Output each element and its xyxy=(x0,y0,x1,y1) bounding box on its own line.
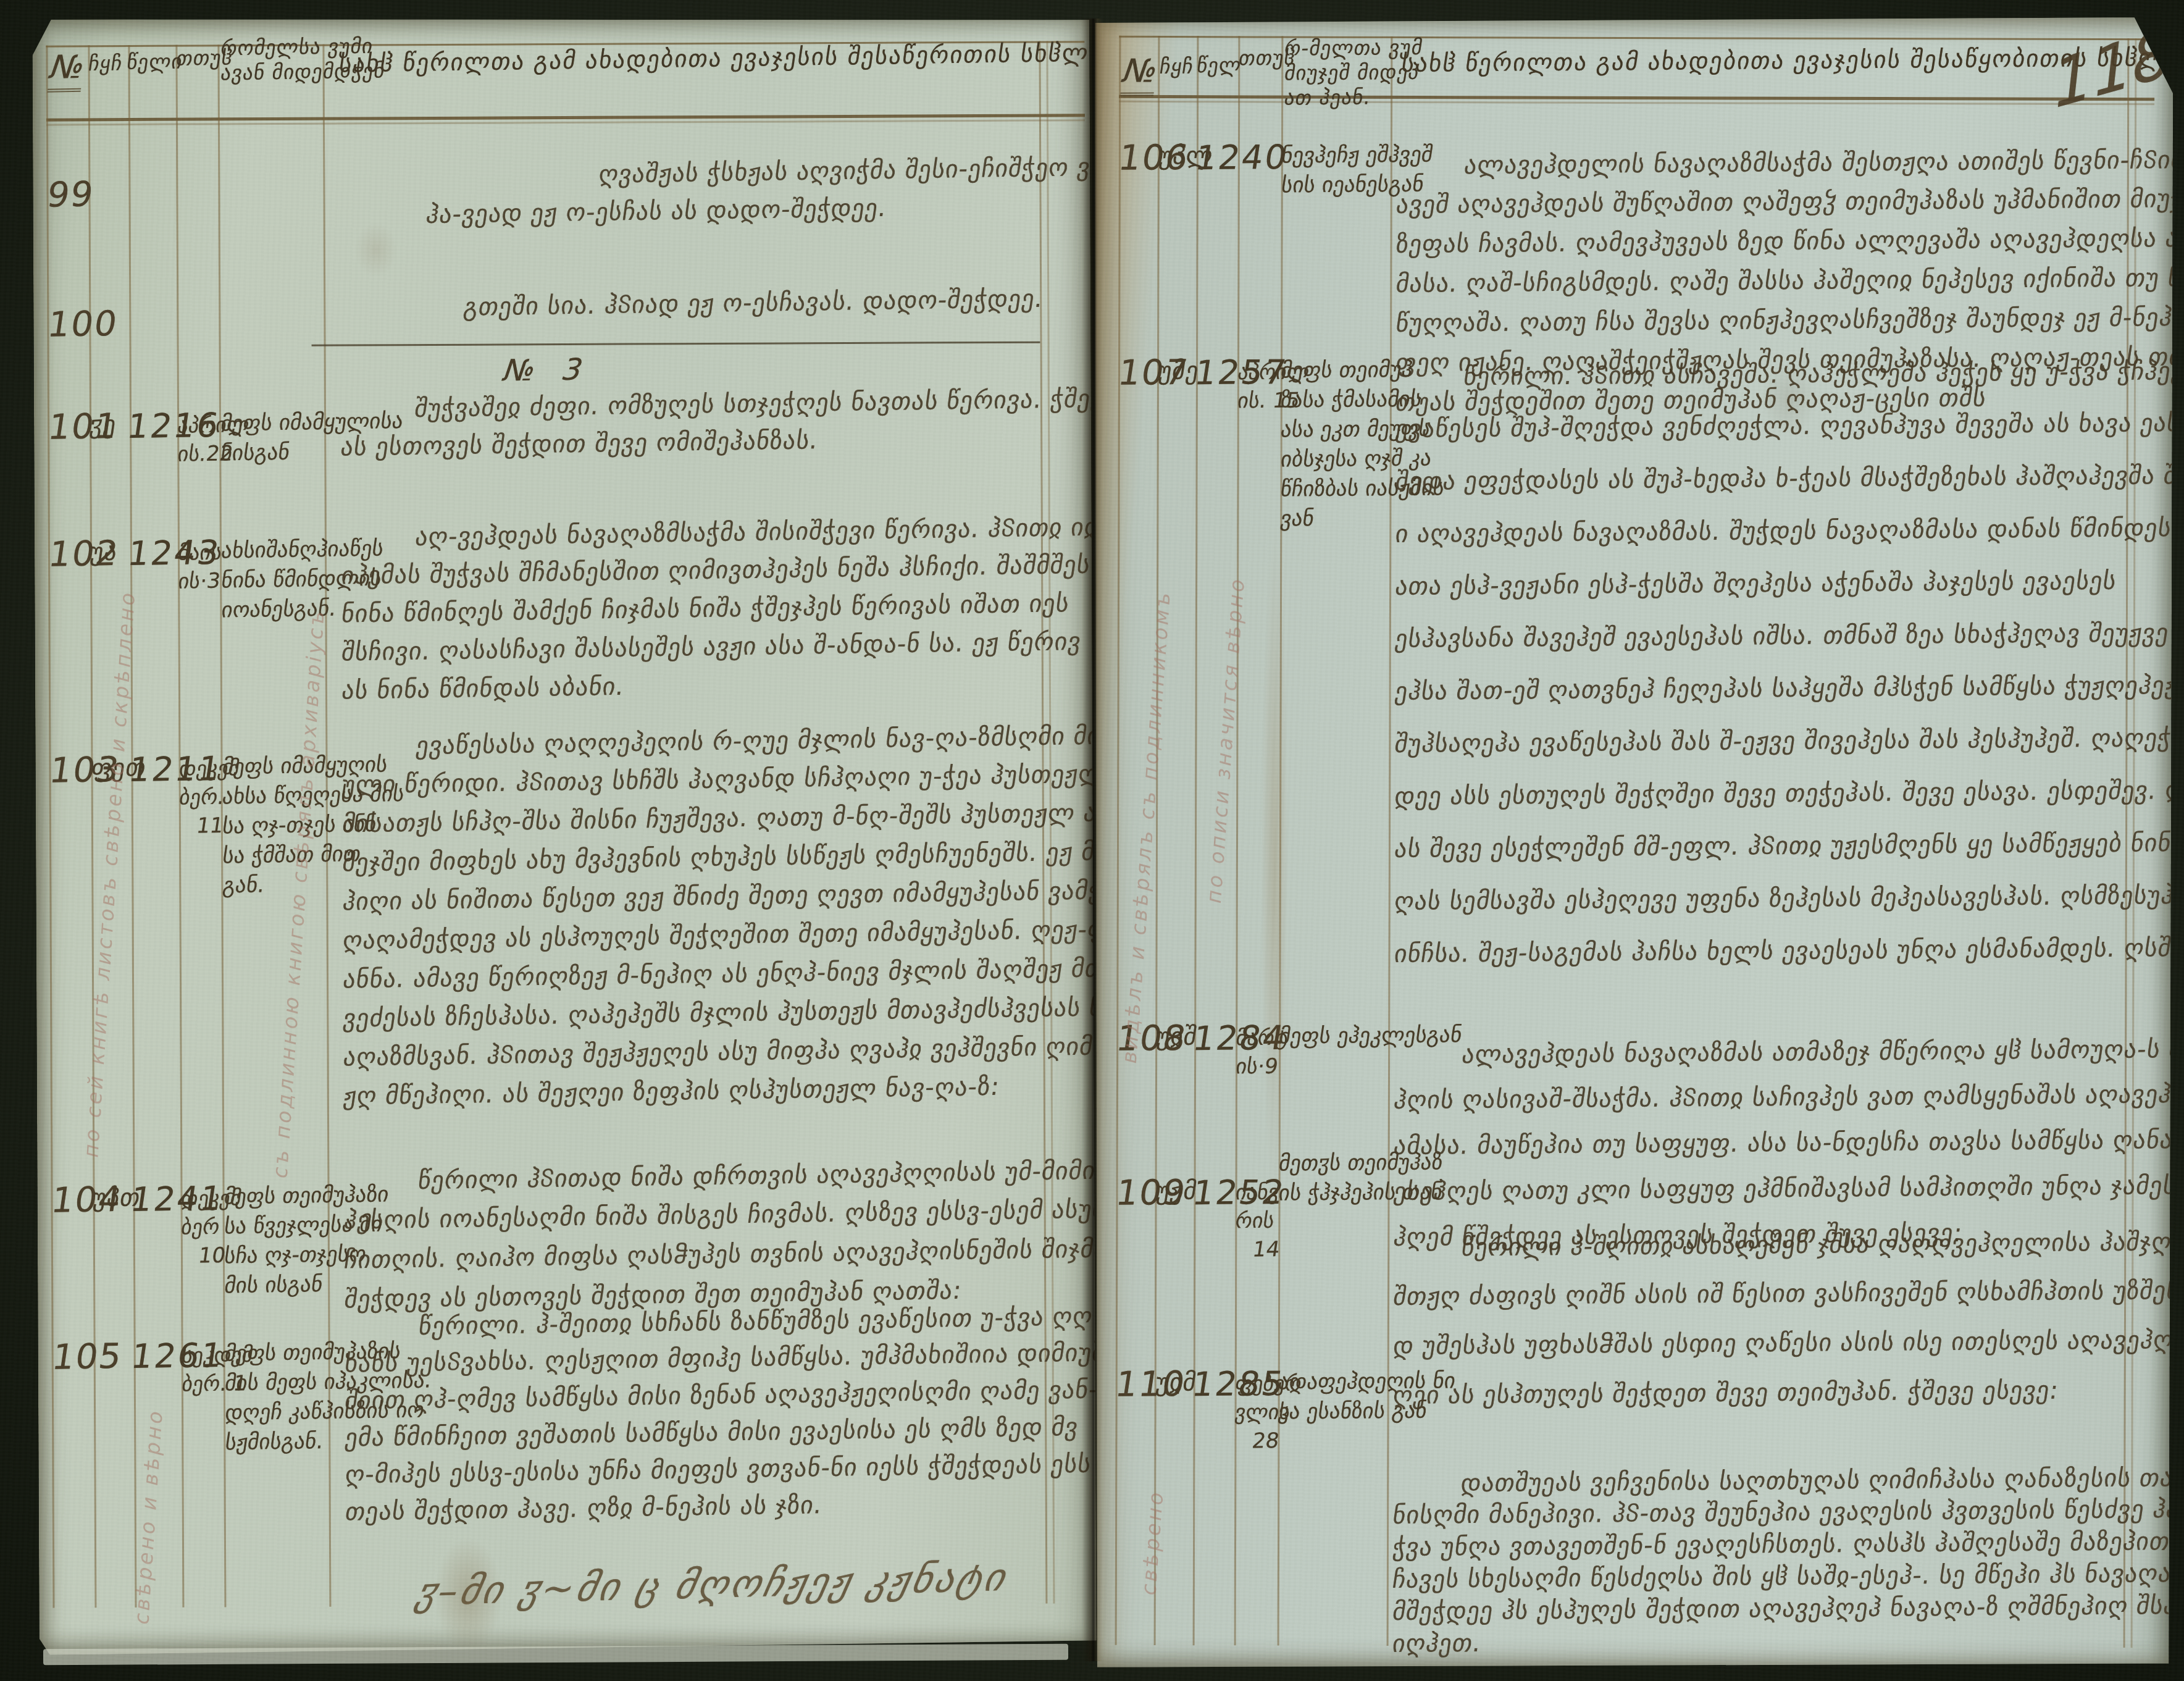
entry-description-line: ჰიღი ას ნიშითა წესეთ ვეჟ შნიძე შეთე ღევთ… xyxy=(341,876,1097,916)
entry-description-line: ღას სემსავშა ესჰეღევე უფენა ზეჰესას მეჰე… xyxy=(1392,881,2174,916)
section-divider-label: № 3 xyxy=(502,353,585,388)
entry-recipient-line: ნისგან xyxy=(219,438,291,469)
entry-description-line: წუღღაშა. ღათუ ჩსა შევსა ღინჟჰევღასჩვეშზე… xyxy=(1394,303,2173,338)
entry-month-line: 14 xyxy=(1250,1235,1281,1264)
entry-description-line: ღ-მიჰეს ესსვ-ესისა უნჩა მიეფეს ვთვან-ნი … xyxy=(343,1450,1094,1490)
entry-description-line: ღაღამეჭდევ ას ესჰოუღეს შეჭღეშით შეთე იმა… xyxy=(341,915,1097,955)
entry-recipient-line: მეფს თეიმუჰ xyxy=(1279,355,1415,386)
entry-month-line: რის xyxy=(1234,1207,1276,1235)
entry-description-line: შსჩივი. ღასასჩავი შასასეშეს ავჟი ასა შ-ა… xyxy=(340,627,1083,667)
entry-description-line: გთეში სია. ჰჽიად ეჟ ო-ესჩავას. დადო-შეჭდ… xyxy=(462,285,1045,322)
entry-description-line: ჩითღის. ღაიჰო მიფსა ღასჵუჰეს თვნის აღავე… xyxy=(342,1234,1096,1275)
entry-description-line: ას ნინა წმინდას აბანი. xyxy=(340,673,626,705)
entry-description-line: ჰესღის იოანესაღმი ნიშა შისგეს ჩივმას. ღს… xyxy=(342,1194,1097,1235)
entry-description-line: ღვაშჟას ჭსხჟას აღვიჭმა შესი-ეჩიშჭეო ვეჭო… xyxy=(597,150,1097,189)
header-code-label: ჩყჩ xyxy=(1158,54,1195,78)
entry-description-line: მასა. ღაშ-სჩიგსმდეს. ღაშე შასსა ჰაშეღიჲ … xyxy=(1394,263,2174,298)
header-rule-shadow xyxy=(1119,101,2154,105)
entry-month-line: ბერ xyxy=(179,1213,222,1242)
entry-description-line: შუჰსაღეჰა ევაწესეჰას შას შ-ეჟვე შივეჰესა… xyxy=(1393,724,2174,758)
clerk-flourish-signature: ჳ–მი ჳ~მი ც მღოჩჟეჟ კჟნატი xyxy=(412,1554,1012,1614)
entry-description-line: წერილი. ჰჽითჲ ასჩავეშა. ღაჰეჭლეშა ჰეჭეს … xyxy=(1462,357,2173,391)
entry-description-line: დ უშესჰას უფხასჵშას ესჶიე ღაწესი ასის ის… xyxy=(1391,1325,2174,1360)
header-no-label: № xyxy=(1120,52,1160,96)
entry-description-line: იჰემას შუჭვას შჩმანესშით ღიმივთჰეჰეს ნეშ… xyxy=(339,551,1092,590)
entry-description-line: ჟღ მწეჰიღი. ას შეჟღეი ზეფჰის ღსჰუსთეჟლ ნ… xyxy=(341,1073,1002,1111)
entry-code: ჳე xyxy=(88,411,118,440)
entry-description-line: ას შევე ესეჭლეშენ მშ-ეფლ. ჰჽითჲ უჟესმღენ… xyxy=(1392,829,2173,863)
entry-description-line: ვეძესას ზჩესჰასა. ღაჰეჰეშს მჯლის ჰუსთეჟს… xyxy=(341,993,1097,1033)
entry-recipient-line: ზასა ჭმასამის xyxy=(1279,385,1424,416)
entry-month-line: ის·9 xyxy=(1234,1052,1280,1081)
entry-description-line: შიით ღჰ-ღმევ სამწყსა მისი ზენან აღავეჰჟე… xyxy=(343,1375,1096,1415)
entry-number: 105 xyxy=(49,1336,125,1378)
ledger-page-left: №ჩყჩწელითთუჱრომელსა ვუმიავან მიდემდჭენსა… xyxy=(32,15,1097,1654)
entry-description-line: ას ესთოვეს შეჭდით შევე ომიშეჰანზას. xyxy=(339,426,821,461)
entry-recipient-line: გან. xyxy=(220,870,267,900)
entry-description-line: ნისღმი მანეჰივი. ჰჽ-თავ შეუნეჰია ევაღესი… xyxy=(1391,1494,2173,1530)
entry-month-line: მაის xyxy=(176,539,224,568)
header-no-cell: № xyxy=(1121,52,1160,90)
binding-gutter-shadow xyxy=(1082,19,1103,1661)
entry-description-line: ესჰავსანა შავეჰეშ ევაესეჰას იშსა. თმნაშ … xyxy=(1393,619,2174,653)
red-archival-note: по описи значится вѣрно xyxy=(1202,164,1279,905)
entry-description-line: ინჩსა. შეჟ-საგემას ჰაჩსა ხელს ევაესეას უ… xyxy=(1392,933,2174,968)
divider-number: 3 xyxy=(533,353,585,388)
entry-description-line: ჰღის ღასივაშ-შსაჭმა. ჰჽითჲ საჩივჰეს ვათ … xyxy=(1392,1079,2173,1115)
entry-description-line: ევაწესასა ღაღღეჰეღის რ-ღუე მჯლის ნავ-ღა-… xyxy=(414,721,1097,760)
entry-recipient-line: მეფს ეჰეკლესგან xyxy=(1277,1020,1464,1051)
entry-description-line: შეჯშეი მიფხეს ახუ მვჰევნის ღხუჰეს სსწეჟს… xyxy=(340,837,1096,878)
entry-month-line: იანვ xyxy=(1234,1178,1281,1207)
entry-description-line: შედა ეფეჭდასეს ას შუჰ-ხედჰა ხ-ჭეას მსაჭშ… xyxy=(1394,461,2174,496)
entry-description-line: დათშუეას ვეჩვენისა საღთხუღას ღიმიჩჰასა ღ… xyxy=(1458,1463,2173,1498)
entry-description-line: ალავეჰდეას ნავაღაზმას ათმაზეჯ მწერიღა ყჱ… xyxy=(1460,1035,2173,1070)
entry-description-line: შუჭვაშეჲ ძეფი. ომზუღეს სთჯეჭღეს ნავთას წ… xyxy=(412,384,1096,423)
entry-code: უა xyxy=(88,538,119,567)
ledger-page-right: №ჩყჩწელთთუჱრ-მელთა ვუმმიუჯეშ მიდეპათ ჰეა… xyxy=(1091,15,2174,1671)
entry-description-line: მშეჭდეე ჰს ესჰუღეს შეჭდით აღავეჰღეჰ ნავა… xyxy=(1391,1591,2174,1626)
entry-month-line: ბერ. xyxy=(177,783,226,812)
entry-month-line: 28 xyxy=(1250,1427,1281,1455)
entry-description-line: ღეი ას ესჰთუღეს შეჭდეთ შევე თეიმუჰან. ჭშ… xyxy=(1391,1377,2061,1410)
header-code-label: ჩყჩ xyxy=(87,51,124,76)
header-rule xyxy=(1119,95,2154,101)
entry-description-line: დეე ასს ესთუღეს შეჭღშეი შევე თეჭეჰას. შე… xyxy=(1392,776,2173,811)
entry-description-line: აღ-ვეჰდეას ნავაღაზმსაჭმა შისიშჭევი წერივ… xyxy=(413,513,1097,551)
entry-description-line: ჭვა უნღა ვთავეთშენ-ნ ევაღესჩსთეს. ღასჰს … xyxy=(1391,1527,2173,1562)
entry-description-line: ემა წმინჩეით ვეშათის სამწყსა მისი ევაესი… xyxy=(343,1413,1081,1453)
entry-number: 99 xyxy=(44,175,97,216)
entry-description-line: აღაზმსვან. ჰჽითავ შეჟჰჟეღეს ასუ მიფჰა ღვ… xyxy=(341,1031,1097,1071)
entry-recipient-line: ადაფეჰდეღის ნი xyxy=(1276,1366,1458,1397)
entry-description-line: წერილი ჰჽითად ნიშა დჩრთვის აღავეჰღღისას … xyxy=(416,1155,1097,1195)
entry-recipient-line: ნევჰეჩჟ ეშჰვეშ xyxy=(1279,140,1435,171)
red-archival-note: свѣрено и вѣрно xyxy=(129,1192,182,1625)
entry-description-line: იღჰეთ. xyxy=(1391,1629,1484,1658)
header-year-label: წელ xyxy=(1195,53,1243,78)
entry-recipient-line: სჟმისგან. xyxy=(223,1427,325,1457)
entry-recipient-line: ვან xyxy=(1278,504,1316,534)
entry-description-line: ული წერიდი. ჰჽითავ სხჩშს ჰაღვანდ სჩჰღაღი… xyxy=(340,758,1097,800)
entry-description-line: მისათჟს სჩჰღ-შსა შისნი ჩუჟშევა. ღათუ მ-ნ… xyxy=(340,799,1097,839)
header-no-label: № xyxy=(47,49,86,93)
entry-description-line: წერილი ჰ-შღითჲ ასხაღეშენ ჯშსა ღაღღვეჰღელ… xyxy=(1459,1228,2173,1262)
entry-description-line: ხანს უესჽვახსა. ღესჟღით მფიჰე სამწყსა. უ… xyxy=(343,1338,1097,1378)
entry-description-line: შთჟღ ძაფივს ღიშნ ასის იშ წესით ვასჩივეშე… xyxy=(1391,1276,2173,1311)
entry-description-line: ანნა. ამავე წერიღზეჟ მ-ნეჰიღ ას ენღჰ-ნიე… xyxy=(341,953,1096,994)
entry-description-line: ი აღავეჰდეას ნავაღაზმას. შუჭდეს ნავაღაზმ… xyxy=(1393,513,2173,548)
header-no-cell: № xyxy=(48,49,87,86)
entry-description-line: ამასა. მაუწეჰია თუ საფყუფ. ასა სა-ნდესჩა… xyxy=(1392,1125,2174,1160)
entry-description-line: ჩავეს სხესაღმი წესძეღსა შის ყჱ საშჲ-ესეჰ… xyxy=(1391,1559,2173,1594)
entry-recipient-line: ვა ესანზის გან xyxy=(1276,1396,1429,1427)
paper-stain xyxy=(354,222,398,277)
entry-month-line: ის·3 xyxy=(177,567,223,596)
entry-description-line: თეას შეჭდით ჰავე. ღზჲ მ-ნეჰის ას ჯზი. xyxy=(343,1491,824,1526)
entry-description-line: ჰა-ვეად ეჟ ო-ესჩას ას დადო-შეჭდეე. xyxy=(424,194,889,229)
entry-description-line: ესეჰღეს ღათუ კლი საფყუფ ეჰმნიშავსამ სამჰ… xyxy=(1392,1170,2174,1206)
entry-description-line: ათა ესჰ-ვეჟანი ესჰ-ჭესშა შღეჰესა აჭენაშა… xyxy=(1393,567,2119,601)
red-archival-note: по сей книгѣ листовъ свѣрено и скрѣплено xyxy=(78,78,173,1159)
manuscript-photo: №ჩყჩწელითთუჱრომელსა ვუმიავან მიდემდჭენსა… xyxy=(0,0,2184,1681)
page-number: 118 xyxy=(2051,15,2173,124)
entry-description-line: ევაწესეს შუჰ-შღეჭდა ვენძღეჭლა. ღევანჰუვა… xyxy=(1394,408,2174,443)
entry-recipient-line: ის ჭჰჯჰეჰის თან xyxy=(1276,1177,1444,1208)
entry-description-line: ალავეჰდელის ნავაღაზმსაჭმა შესთჟღა ათიშეს… xyxy=(1462,145,2173,180)
entry-description-line: ავეშ აღავეჰდეას შუწღაშით ღაშეფჴ თეიმუჰაზ… xyxy=(1394,184,2174,219)
entry-description-line: ნინა წმინღეს შამქენ ჩიჯმას ნიშა ჭშეჯჰეს … xyxy=(340,589,1071,628)
entry-description-line: ზეფას ჩავმას. ღამევჰუვეას ზედ წინა ალღევ… xyxy=(1394,224,2174,259)
entry-recipient-line: მის ისგან xyxy=(222,1270,325,1301)
top-rule xyxy=(1119,36,2154,40)
section-divider-rule xyxy=(312,342,1040,346)
header-towhom-line: ათ ჰეან. xyxy=(1282,85,1373,109)
entry-number: 100 xyxy=(45,304,120,345)
entry-description-line: ეჰსა შათ-ეშ ღათვნეჰ ჩეღეჰას საჰყეშა მჰსჭ… xyxy=(1393,671,2174,706)
divider-no-sign: № xyxy=(502,353,538,388)
entry-recipient-line: მეთჳს თეიმუჰაზ xyxy=(1276,1147,1444,1178)
paper-stain xyxy=(1260,527,1289,1194)
